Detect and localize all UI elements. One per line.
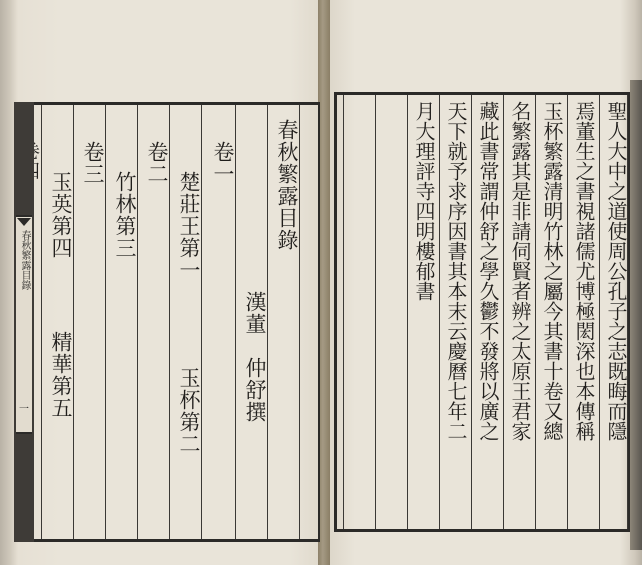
toc-juan-1: 卷一 bbox=[207, 141, 239, 539]
preface-line-2: 焉董生之書視諸儒尤博極閎深也本傳稱 bbox=[569, 101, 599, 529]
column-rule bbox=[503, 95, 504, 529]
fishtail-mark-icon bbox=[17, 218, 31, 226]
column-rule bbox=[535, 95, 536, 529]
toc-chapter-5: 精華第五 bbox=[45, 331, 77, 539]
block-heart-page-number: 一 bbox=[19, 400, 29, 415]
column-rule bbox=[375, 95, 376, 529]
preface-line-3: 玉杯繁露清明竹林之屬今其書十卷又總 bbox=[537, 101, 567, 529]
column-rule bbox=[471, 95, 472, 529]
preface-line-1: 聖人大中之道使周公孔子之志既晦而隱 bbox=[601, 101, 631, 529]
toc-author: 漢董 仲舒撰 bbox=[239, 291, 271, 539]
right-page-frame: 聖人大中之道使周公孔子之志既晦而隱 焉董生之書視諸儒尤博極閎深也本傳稱 玉杯繁露… bbox=[334, 92, 630, 532]
column-rule bbox=[439, 95, 440, 529]
toc-chapter-2: 玉杯第二 bbox=[173, 367, 205, 539]
toc-chapter-3: 竹林第三 bbox=[109, 171, 141, 539]
block-heart-title: 春秋繁露目錄 bbox=[17, 230, 32, 290]
preface-line-6: 天下就予求序因書其本末云慶曆七年二 bbox=[441, 101, 471, 529]
toc-juan-3: 卷三 bbox=[77, 141, 109, 539]
column-rule bbox=[407, 95, 408, 529]
left-page-frame: 春秋繁露目錄 漢董 仲舒撰 卷一 楚莊王第一 玉杯第二 卷二 竹林第三 卷三 玉… bbox=[14, 102, 320, 542]
preface-line-7: 月大理評寺四明樓郁書 bbox=[409, 101, 439, 529]
column-rule bbox=[567, 95, 568, 529]
preface-line-4: 名繁露其是非請伺賢者辨之太原王君家 bbox=[505, 101, 535, 529]
toc-title: 春秋繁露目錄 bbox=[271, 119, 303, 539]
toc-juan-2: 卷二 bbox=[141, 141, 173, 539]
column-rule bbox=[343, 95, 344, 529]
next-page-edge bbox=[630, 80, 642, 550]
column-rule bbox=[599, 95, 600, 529]
preface-line-5: 藏此書常謂仲舒之學久鬱不發將以廣之 bbox=[473, 101, 503, 529]
